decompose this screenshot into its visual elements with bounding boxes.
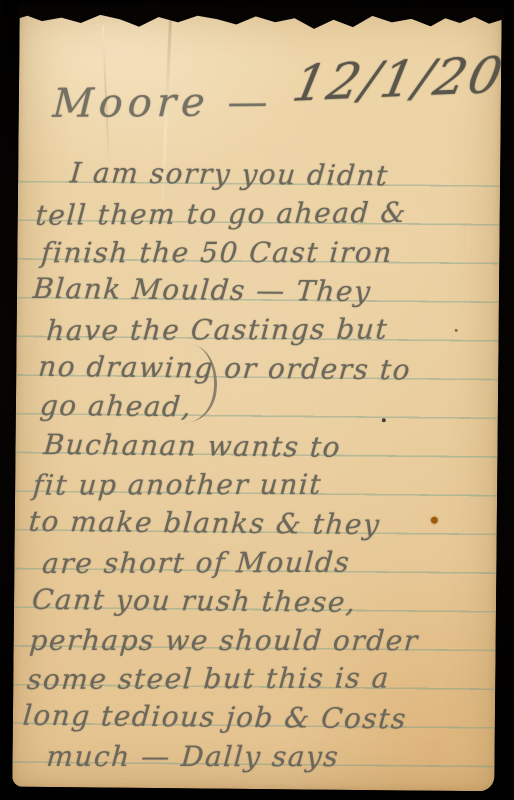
photo-background: Moore — 12/1/20 I am sorry you didnt tel… [0, 0, 514, 800]
handwritten-line-9: fit up another unit [32, 466, 491, 506]
note-paper: Moore — 12/1/20 I am sorry you didnt tel… [12, 7, 501, 792]
handwritten-line-7: go ahead, [38, 387, 491, 430]
handwritten-line-12: Cant you rush these, [31, 581, 490, 624]
handwritten-line-6: no drawing or orders to [37, 348, 492, 391]
handwritten-line-15: long tedious job & Costs [21, 697, 488, 740]
dark-speck [382, 418, 386, 422]
note-body: I am sorry you didnt tell them to go ahe… [26, 154, 492, 779]
date: 12/1/20 [288, 46, 509, 113]
handwritten-line-8: Buchanan wants to [42, 426, 491, 469]
salutation: Moore — [52, 79, 274, 127]
rust-speck [431, 517, 438, 524]
handwritten-line-2: tell them to go ahead & [34, 193, 493, 235]
handwritten-line-13: perhaps we should order [28, 621, 489, 660]
handwritten-line-10: to make blanks & they [27, 503, 490, 546]
handwritten-line-1: I am sorry you didnt [69, 154, 494, 197]
handwritten-line-4: Blank Moulds — They [31, 270, 492, 313]
tan-speck [455, 329, 458, 332]
handwritten-line-3: finish the 50 Cast iron [40, 233, 493, 272]
handwritten-line-5: have the Castings but [45, 310, 492, 351]
handwritten-line-14: some steel but this is a [26, 659, 489, 700]
torn-paper-edge [18, 4, 504, 35]
handwritten-line-11: are short of Moulds [41, 543, 490, 584]
handwritten-line-16: much — Dally says [45, 738, 488, 777]
